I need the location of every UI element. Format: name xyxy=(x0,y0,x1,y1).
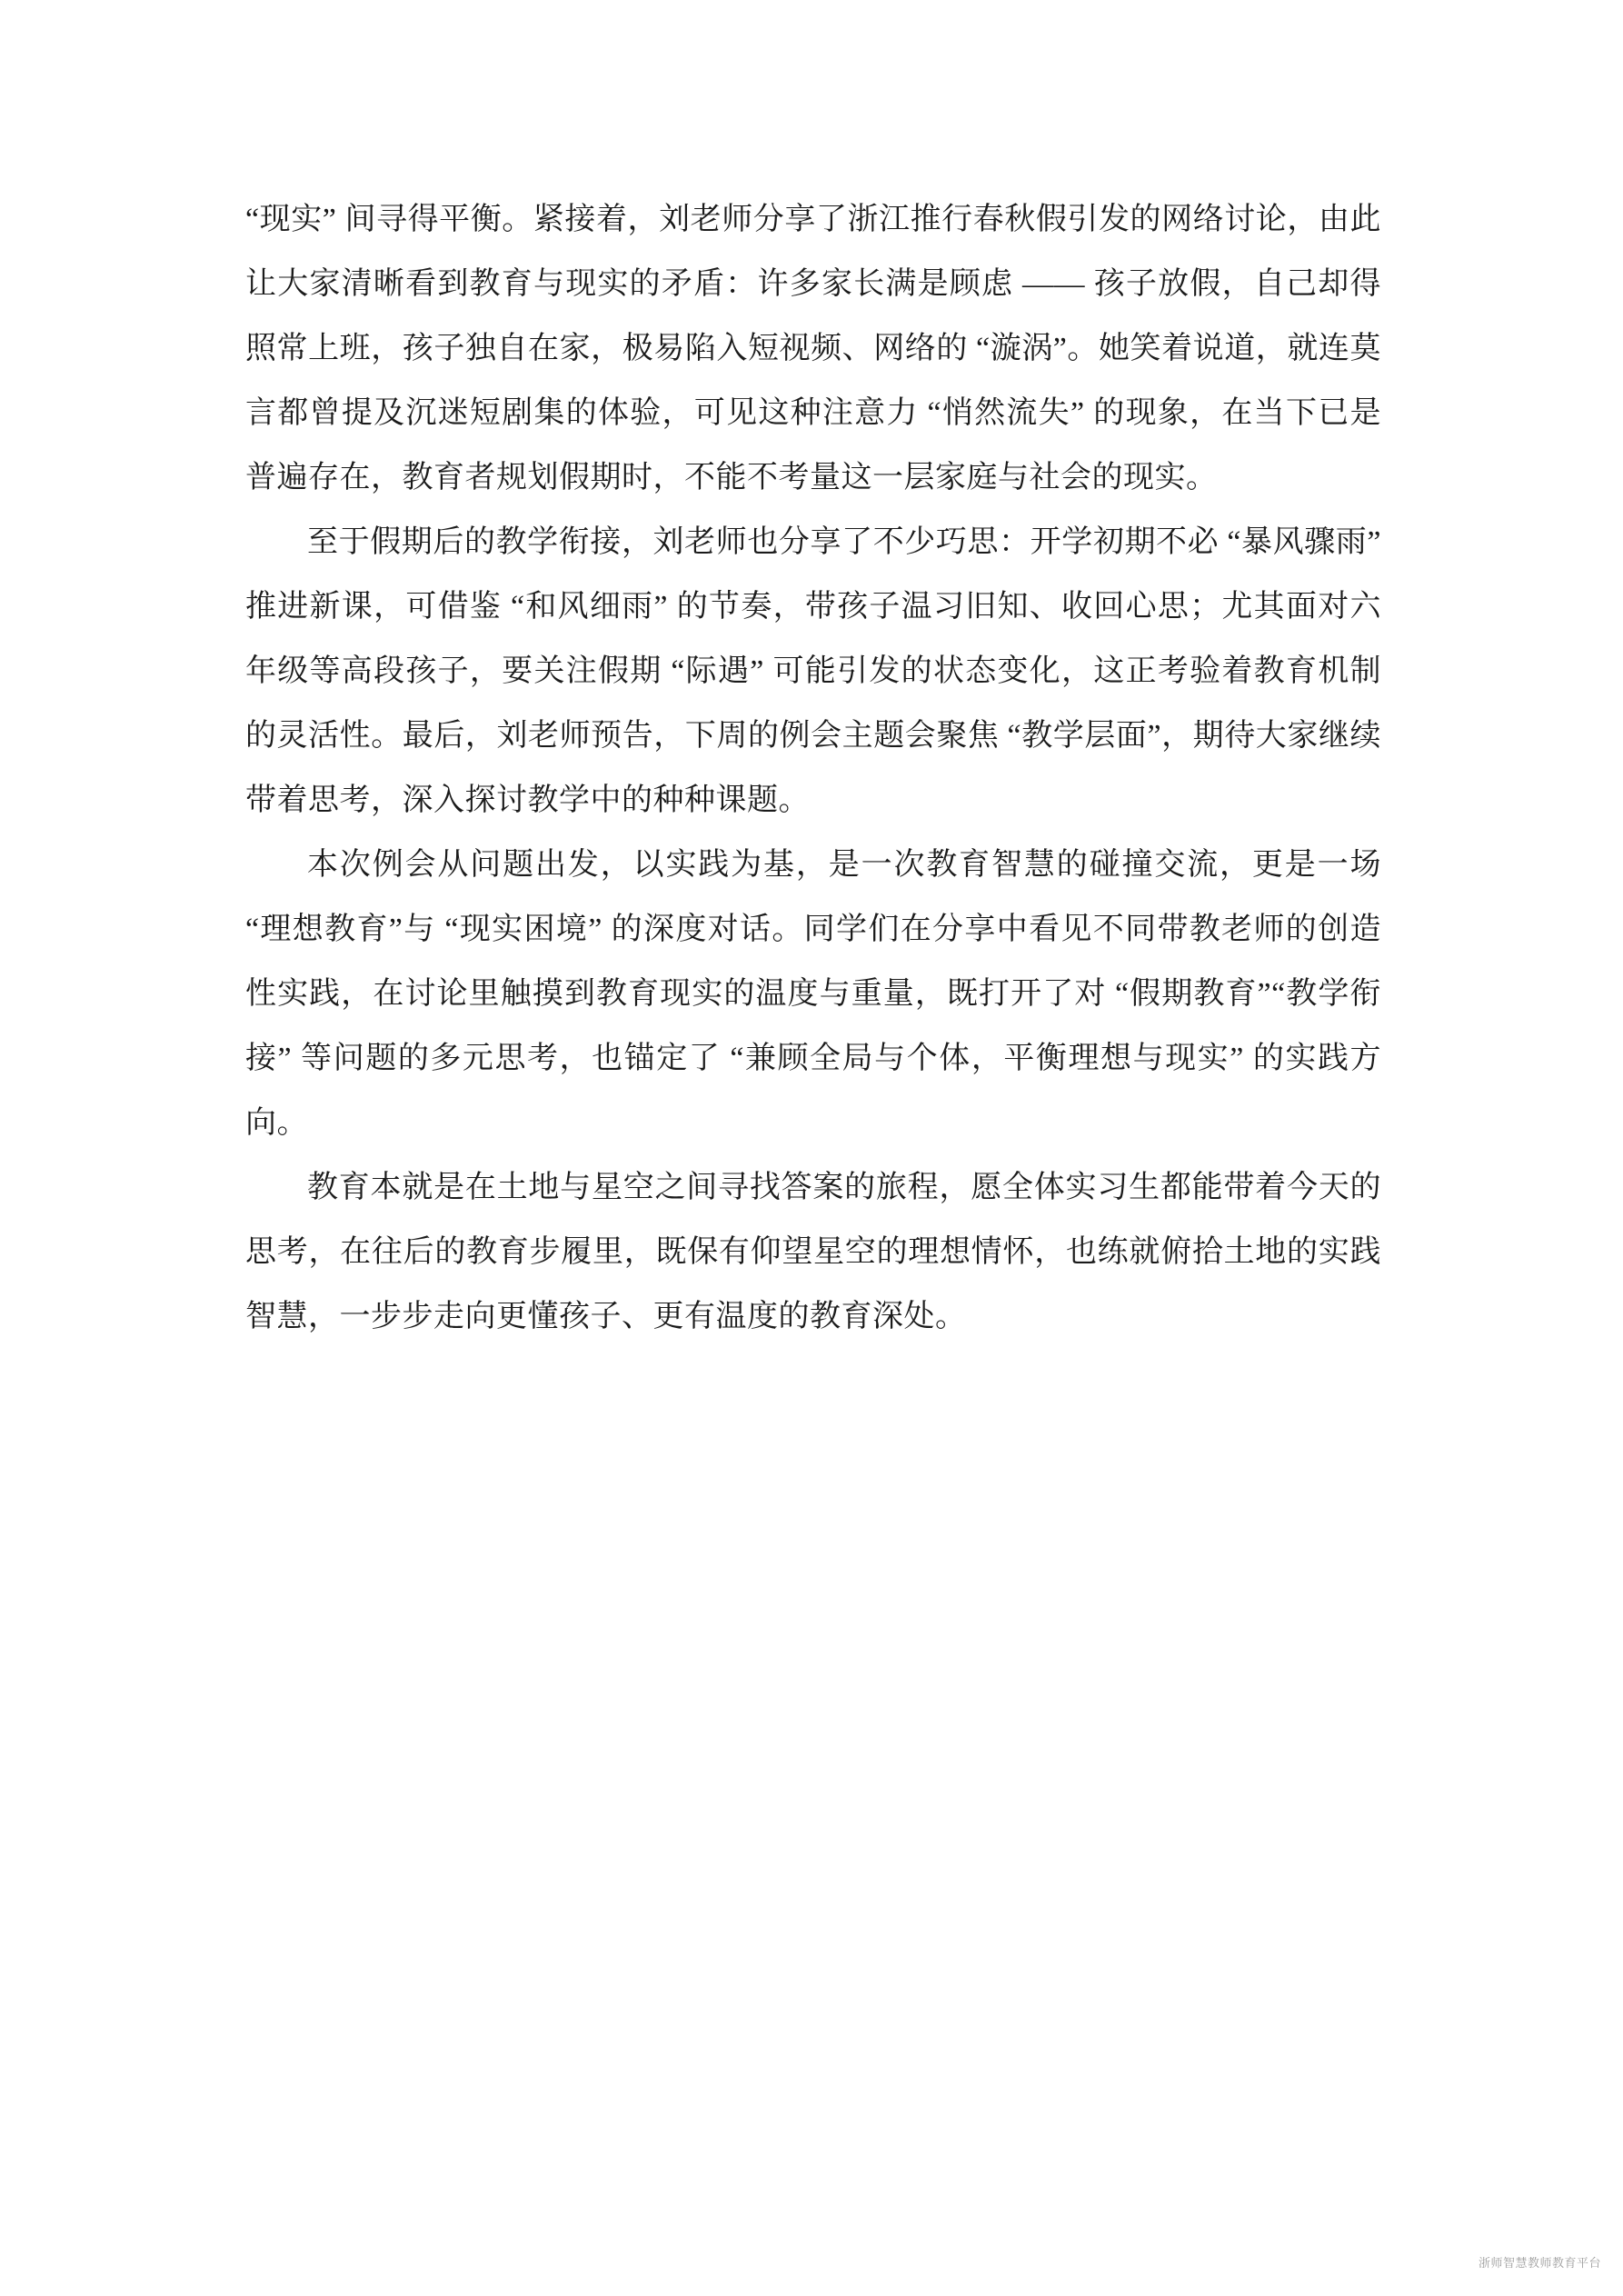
document-page: “现实” 间寻得平衡。紧接着，刘老师分享了浙江推行春秋假引发的网络讨论，由此让大… xyxy=(0,0,1623,2296)
paragraph: 至于假期后的教学衔接，刘老师也分享了不少巧思：开学初期不必 “暴风骤雨” 推进新… xyxy=(245,510,1381,833)
platform-watermark-label: 浙师智慧教师教育平台 xyxy=(1479,2253,1601,2271)
paragraph: 本次例会从问题出发，以实践为基，是一次教育智慧的碰撞交流，更是一场“理想教育”与… xyxy=(245,833,1381,1155)
paragraph: “现实” 间寻得平衡。紧接着，刘老师分享了浙江推行春秋假引发的网络讨论，由此让大… xyxy=(245,187,1381,510)
document-content: “现实” 间寻得平衡。紧接着，刘老师分享了浙江推行春秋假引发的网络讨论，由此让大… xyxy=(245,187,1381,1349)
paragraph: 教育本就是在土地与星空之间寻找答案的旅程，愿全体实习生都能带着今天的思考，在往后… xyxy=(245,1155,1381,1349)
